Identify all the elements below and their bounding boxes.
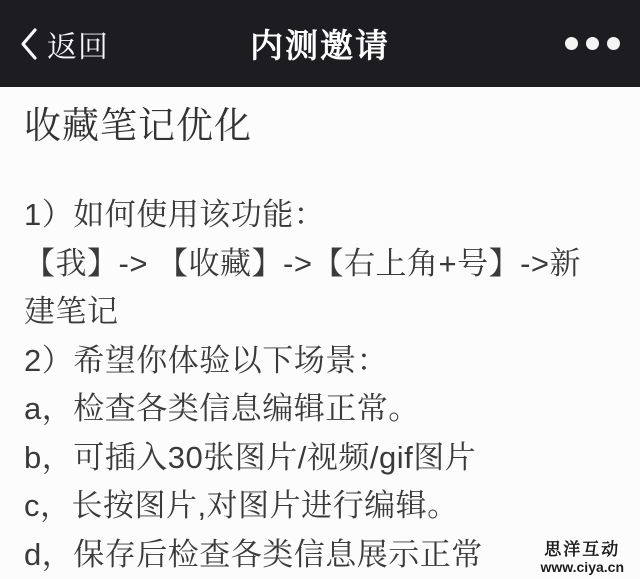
- page-title: 内测邀请: [250, 20, 390, 67]
- watermark: 思洋互动 www.ciya.cn: [540, 541, 624, 575]
- ellipsis-icon: [565, 37, 578, 50]
- text-line: c，长按图片,对图片进行编辑。: [24, 482, 620, 531]
- text-line: a，检查各类信息编辑正常。: [24, 385, 620, 434]
- more-menu-button[interactable]: [565, 27, 620, 60]
- text-line: 建笔记: [24, 288, 620, 337]
- navbar: 返回 内测邀请: [0, 0, 640, 87]
- watermark-url: www.ciya.cn: [540, 560, 624, 575]
- app-screen: 返回 内测邀请 收藏笔记优化 1）如何使用该功能： 【我】-> 【收藏】->【右…: [0, 0, 640, 579]
- text-line: 1）如何使用该功能：: [24, 191, 620, 240]
- ellipsis-icon: [586, 37, 599, 50]
- text-line: b，可插入30张图片/视频/gif图片: [24, 434, 620, 483]
- text-line: d，保存后检查各类信息展示正常: [24, 531, 620, 579]
- ellipsis-icon: [607, 37, 620, 50]
- text-line: 【我】-> 【收藏】->【右上角+号】->新: [24, 240, 620, 289]
- back-button-label: 返回: [47, 22, 109, 66]
- text-line: 2）希望你体验以下场景：: [24, 337, 620, 386]
- note-content: 收藏笔记优化 1）如何使用该功能： 【我】-> 【收藏】->【右上角+号】->新…: [0, 87, 640, 579]
- watermark-brand: 思洋互动: [540, 541, 624, 560]
- chevron-left-icon: [20, 27, 38, 61]
- back-button[interactable]: 返回: [20, 22, 160, 66]
- note-heading: 收藏笔记优化: [24, 103, 620, 149]
